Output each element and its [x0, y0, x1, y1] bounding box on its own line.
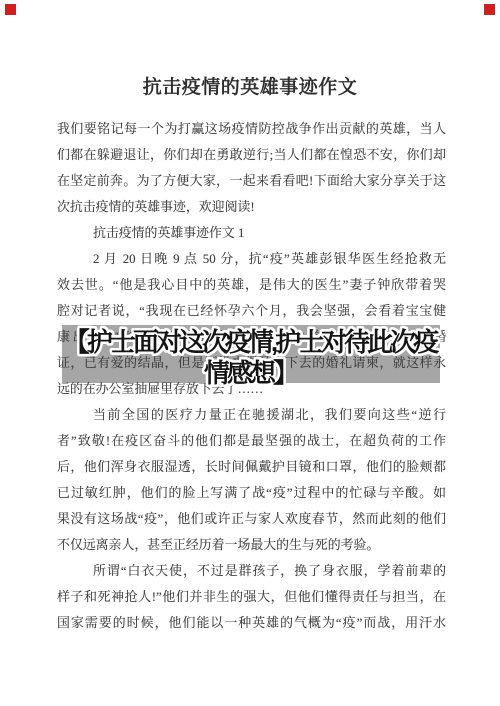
watermark-line-1: 【护士面对这次疫情,护士对待此次疫 [0, 327, 500, 358]
text-line: 抗击疫情的英雄事迹作文 1 [57, 220, 446, 246]
text-line: 后，他们浑身衣服湿透，长时间佩戴护目镜和口罩，他们的脸颊都 [57, 454, 446, 480]
text-line: 我们要铭记每一个为打赢这场疫情防控战争作出贡献的英雄，当人 [57, 116, 446, 142]
watermark-line-2: 情感想】 [0, 358, 500, 389]
document-page: 抗击疫情的英雄事迹作文 我们要铭记每一个为打赢这场疫情防控战争作出贡献的英雄，当… [0, 0, 500, 706]
text-line: 不仅远离亲人，甚至正经历着一场最大的生与死的考验。 [57, 532, 446, 558]
text-line: 在坚定前奔。为了方便大家，一起来看看吧!下面给大家分享关于这 [57, 168, 446, 194]
page-title: 抗击疫情的英雄事迹作文 [0, 72, 500, 99]
text-line: 次抗击疫情的英雄事迹，欢迎阅读! [57, 194, 446, 220]
text-line: 效去世。“他是我心目中的英雄，是伟大的医生”妻子钟欣带着哭 [57, 272, 446, 298]
red-corner-marker-right [484, 4, 495, 15]
text-line: 所谓“白衣天使，不过是群孩子，换了身衣服，学着前辈的 [57, 558, 446, 584]
text-line: 者”致敬!在疫区奋斗的他们都是最坚强的战士，在超负荷的工作 [57, 428, 446, 454]
text-line: 样子和死神抢人!”他们并非生的强大，但他们懂得责任与担当，在 [57, 584, 446, 610]
text-line: 们都在躲避退让，你们却在勇敢逆行;当人们都在惶恐不安，你们却 [57, 142, 446, 168]
text-line: 当前全国的医疗力量正在驰援湖北，我们要向这些“逆行 [57, 402, 446, 428]
text-line: 2 月 20 日晚 9 点 50 分，抗“疫”英雄彭银华医生经抢救无 [57, 246, 446, 272]
red-corner-marker-left [5, 4, 16, 15]
text-line: 国家需要的时候，他们能以一种英雄的气概为“疫”而战，用汗水 [57, 610, 446, 636]
text-line: 腔对记者说，“我现在已经怀孕六个月，我会坚强，会看着宝宝健 [57, 298, 446, 324]
text-line: 果没有这场战“疫”，他们或许正与家人欢度春节，然而此刻的他们 [57, 506, 446, 532]
text-line: 已过敏红肿，他们的脸上写满了战“疫”过程中的忙碌与辛酸。如 [57, 480, 446, 506]
watermark-overlay: 【护士面对这次疫情,护士对待此次疫 情感想】 [0, 327, 500, 389]
